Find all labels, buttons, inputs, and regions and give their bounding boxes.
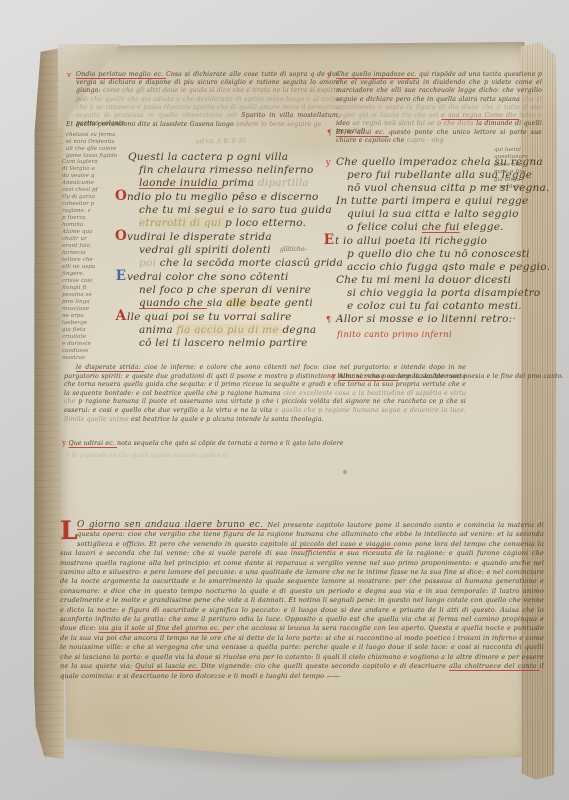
gloss-line: p fuerza xyxy=(62,215,118,222)
gloss-line: pessina se xyxy=(62,292,118,299)
gloss-line: pire linga xyxy=(62,299,118,306)
gloss-line: Cum lagtera xyxy=(62,159,118,166)
text-segment: Simile quelle anime xyxy=(64,416,131,423)
text-segment: ideo xyxy=(336,120,352,127)
text-segment: elegge. xyxy=(460,221,504,233)
verse-line: e coloz cui tu fai cotanto mesti. xyxy=(347,300,552,313)
verse-line: Ovudirai le disperate strida xyxy=(128,230,344,244)
verse-line: o felice colui che fui elegge. xyxy=(347,221,552,234)
verse-line: Questi la cactera p ogni villa xyxy=(128,151,344,164)
text-segment: vedrai gli spiriti dolenti xyxy=(139,244,271,256)
text-segment: Que udirai ec. xyxy=(69,440,118,447)
marginal-correction: glāticho- xyxy=(280,246,307,253)
gloss-line: Alame qua xyxy=(62,229,118,236)
gloss-line: Oy di garza xyxy=(62,194,118,201)
gloss-line: chalir ur xyxy=(62,236,118,243)
paragraph-mark: y xyxy=(327,71,331,79)
gloss-line: farnecio xyxy=(62,250,118,257)
gloss-line: fiungii fi xyxy=(62,285,118,292)
text-segment: capre · obg xyxy=(407,137,444,144)
gloss-line: et mira Oridentis xyxy=(66,139,130,146)
verse-line: yChe quello imperadoz chela su regna xyxy=(336,156,552,169)
text-segment: dipartilla xyxy=(258,177,309,189)
text-segment: quando che xyxy=(139,297,207,309)
verse-line: Alle quai poi se tu vorrai salire xyxy=(128,310,344,324)
verse-line: ¶Allor si mosse e io litenni retro:· xyxy=(336,313,552,326)
text-segment: che la secōda morte ciascū grida xyxy=(160,257,343,269)
gloss-line: erunt fala xyxy=(62,243,118,250)
decorated-initial-L: L xyxy=(60,521,77,540)
text-segment: si chio veggia la porta disampietro xyxy=(347,287,540,299)
decorated-initial: A xyxy=(115,310,127,323)
text-segment: andere lo bene seguire ge xyxy=(236,121,322,128)
right-verse-lines: yChe quello imperadoz chela su regnapero… xyxy=(336,156,552,326)
gloss-line: mostrae xyxy=(62,355,118,362)
gloss-line: tellore che xyxy=(62,257,118,264)
text-segment: sia alle beate genti xyxy=(207,297,313,309)
text-segment: est beatrice la quale e p alcuna intende… xyxy=(131,416,324,423)
paragraph-mark: ¶ xyxy=(327,129,332,137)
text-segment: Che quello imperadoz chela su regna xyxy=(336,156,543,168)
verse-line: poi che la secōda morte ciascū grida xyxy=(139,257,344,270)
text-segment: ndio plo tu meglio pēso e discerno xyxy=(127,191,319,203)
verse-line: p quello dio che tu nō conoscesti xyxy=(347,248,552,261)
gloss-line: laeberge xyxy=(62,320,118,327)
text-segment: lle quai poi se tu vorrai salire xyxy=(127,311,292,323)
verse-line: quiui la sua citta e lalto seggio xyxy=(347,208,552,221)
page-content: vOndio perlotuo meglio ec. Cosa si dichi… xyxy=(0,0,569,800)
text-segment: si lascia tra che sel xyxy=(371,112,441,119)
text-segment: degna xyxy=(282,324,316,336)
commentary-text: Et quella portandomi dite si lasedete Ga… xyxy=(66,121,322,128)
verse-line: vedrai gli spiriti dolenti xyxy=(139,244,344,257)
text-segment: fia accio piu di me xyxy=(176,324,282,336)
paragraph-mark: y xyxy=(62,438,66,447)
commentary-text: Ondio perlotuo meglio ec. Cosa si dichia… xyxy=(76,71,340,127)
text-segment: poi xyxy=(139,257,160,269)
text-segment: Che tu mi meni la douor dicesti xyxy=(336,274,511,286)
text-segment: che tu mi segui e io saro tua guida xyxy=(139,204,332,216)
bleed-through-line: e te uignende ee che quelli queste secon… xyxy=(66,452,386,459)
text-segment: al piccolo del caso e viaggio xyxy=(291,540,394,548)
gloss-line: gia fieta xyxy=(62,327,118,334)
text-segment: accio chio fugga qsto male e peggio. xyxy=(347,261,550,273)
gloss-line: chelassi su ferma xyxy=(66,132,130,139)
decorated-initial: E xyxy=(115,270,127,283)
bottom-commentary: LO giorno sen andaua ılaere bruno ec. Ne… xyxy=(60,521,544,681)
text-segment: o felice colui xyxy=(347,221,422,233)
verse-line: Et io allui poeta iti richeggio xyxy=(336,234,552,248)
que-udirai-note: y Que udirai ec. nota sequela che qsto s… xyxy=(62,438,344,447)
text-segment: nel foco p che speran di venire xyxy=(139,284,311,296)
gloss-line: ragione. c xyxy=(62,208,118,215)
text-segment: fin chelaura rimesso nelinferno xyxy=(139,164,314,176)
text-segment: vudirai le disperate strida xyxy=(127,231,272,243)
text-segment: Allor si mosse e io litenni retro:· xyxy=(336,313,516,325)
top-left-commentary: vOndio perlotuo meglio ec. Cosa si dichi… xyxy=(76,71,340,128)
left-verse-column: Questi la cactera p ogni villafin chelau… xyxy=(114,151,344,350)
paragraph-mark: y xyxy=(332,371,336,380)
left-margin-gloss: Cum lagteradi Verglio edo vealse qAnealc… xyxy=(62,159,118,362)
text-segment: anima xyxy=(139,324,176,336)
verse-line: anima fia accio piu di me degna xyxy=(139,324,344,337)
gloss-line: di Verglio e xyxy=(62,166,118,173)
text-segment: di promissa in quella cōmoratione poi xyxy=(104,112,241,119)
text-segment: le disperate strida: xyxy=(76,364,144,371)
commentary-text: Que udirai ec. nota sequela che qsto si … xyxy=(69,440,344,447)
text-segment: seguita lautore sua poesia e le fine del… xyxy=(398,373,563,380)
manuscript-photo: vOndio perlotuo meglio ec. Cosa si dichi… xyxy=(0,0,569,800)
commentary-text: O giorno sen andaua ılaere bruno ec. Nel… xyxy=(60,521,544,680)
text-segment: Quiui si lascia ec. xyxy=(135,662,201,670)
verse-line: laonde inuidia prima dipartilla xyxy=(139,177,344,190)
top-right-commentary: yChe quello impadoze ec. qui rispōde ad … xyxy=(336,71,542,137)
text-segment: p quello dio che tu nō conoscesti xyxy=(347,248,530,260)
verse-line: fin chelaura rimesso nelinferno xyxy=(139,164,344,177)
gloss-line: musclaue xyxy=(62,306,118,313)
commentary-text: Et io allui ec. questo ponte che unico l… xyxy=(336,129,542,144)
text-segment: vedrai color che sono cōtenti xyxy=(127,271,289,283)
text-segment: e sua regna Como dio xyxy=(441,112,519,119)
gloss-line: elli ne uspa xyxy=(62,264,118,271)
top-left-commentary-2: Et quella portandomi dite si lasedete Ga… xyxy=(66,121,342,129)
text-segment: Che quello impadoze ec. xyxy=(336,71,419,78)
gloss-line: criuilate xyxy=(62,334,118,341)
verse-line: Evedrai color che sono cōtenti xyxy=(128,270,344,284)
text-segment: e quella che p ragione humana segue a de… xyxy=(275,407,466,414)
text-segment: Et quella portandomi dite si lasedete Ga… xyxy=(66,121,236,128)
text-segment: Allor si mosse ec. xyxy=(339,373,399,380)
right-verse-column: yChe quello imperadoz chela su regnapero… xyxy=(322,156,552,341)
text-segment: Questi la cactera p ogni villa xyxy=(128,151,288,163)
text-segment: prima xyxy=(222,177,258,189)
verse-line: che tu mi segui e io saro tua guida xyxy=(139,204,344,217)
verse-line: Ondio plo tu meglio pēso e discerno xyxy=(128,190,344,204)
allor-si-mosse-note: y Allor si mosse ec. seguita lautore sua… xyxy=(332,371,564,380)
text-segment: p loco etterno. xyxy=(225,217,306,229)
text-segment: t io allui poeta iti richeggio xyxy=(335,235,487,247)
gloss-line: cosi chesl pf xyxy=(62,187,118,194)
gloss-line: cohesitor p xyxy=(62,201,118,208)
top-right-commentary-2: ¶Et io allui ec. questo ponte che unico … xyxy=(336,129,542,145)
gloss-line: homina. xyxy=(62,222,118,229)
gloss-line: qui laeini xyxy=(494,147,536,154)
verse-line: si chio veggia la porta disampietro xyxy=(347,287,552,300)
text-segment: via gia il sole al fine del giorno ec. xyxy=(99,624,223,632)
text-segment: nō vuol chensua citta p me si vegna. xyxy=(347,182,550,194)
text-segment: In tutte parti impera e quiui regge xyxy=(336,195,529,207)
text-segment: Dite vignende: cio che quelli questo sec… xyxy=(201,662,449,670)
verse-line: cō lei ti lascero nelmio partire xyxy=(139,337,344,350)
verse-line: accio chio fugga qsto male e peggio. xyxy=(347,261,552,274)
commentary-text: Che quello impadoze ec. qui rispōde ad u… xyxy=(336,71,542,135)
text-segment: che fui xyxy=(422,221,460,233)
gloss-line: e doriestn xyxy=(62,341,118,348)
gloss-line: Anealcume xyxy=(62,180,118,187)
paragraph-mark: y xyxy=(326,156,336,169)
text-segment: quiui la sua citta e lalto seggio xyxy=(347,208,519,220)
verse-line: etrarotti di qui p loco etterno. xyxy=(139,217,344,230)
text-segment: pero fui rubellante alla sua legge xyxy=(347,169,532,181)
text-segment: etrarotti di qui xyxy=(139,217,225,229)
gloss-line: do vealse q xyxy=(62,173,118,180)
verse-line: nel foco p che speran di venire xyxy=(139,284,344,297)
text-segment: e coloz cui tu fai cotanto mesti. xyxy=(347,300,522,312)
gloss-line: cuedusse xyxy=(62,348,118,355)
gloss-line: fingere. xyxy=(62,271,118,278)
verse-line: nō vuol chensua citta p me si vegna. xyxy=(347,182,552,195)
text-segment: cō lei ti lascero nelmio partire xyxy=(139,337,308,349)
text-segment: ae regnū naū sicut lui se p che dicta xyxy=(352,120,476,127)
text-segment: laonde inuidia xyxy=(139,177,222,189)
text-segment: O giorno sen andaua ılaere bruno ec. xyxy=(77,520,268,530)
gloss-line: crisse cosi xyxy=(62,278,118,285)
decorated-initial: O xyxy=(115,190,127,203)
explicit-rubric: finito canto primo inferni xyxy=(337,328,552,341)
text-segment: como pone lora del tempo che conuenia la… xyxy=(60,540,544,633)
text-segment: alla choltruece del canto xyxy=(449,662,539,670)
decorated-initial: O xyxy=(115,230,127,243)
verse-line: quando che sia alle beate genti xyxy=(139,297,344,310)
verse-line: In tutte parti impera e quiui regge xyxy=(336,195,552,208)
verse-line: Che tu mi meni la douor dicesti xyxy=(336,274,552,287)
gloss-line: ne erpa xyxy=(62,313,118,320)
verse-line: pero fui rubellante alla sua legge xyxy=(347,169,552,182)
faint-citation-note: ad ca. f. 8. li 20 xyxy=(196,135,336,145)
text-segment: nota sequela che qsto si cōpie de tornat… xyxy=(117,440,344,447)
text-segment: tutto e xyxy=(519,112,542,119)
text-segment: Et io allui ec. xyxy=(336,129,389,136)
paragraph-mark: v xyxy=(67,71,71,79)
text-segment: Ondio perlotuo meglio ec. xyxy=(76,71,166,78)
paragraph-mark: ¶ xyxy=(326,313,336,326)
commentary-text: Allor si mosse ec. seguita lautore sua p… xyxy=(339,373,564,380)
decorated-initial: E xyxy=(323,234,335,247)
